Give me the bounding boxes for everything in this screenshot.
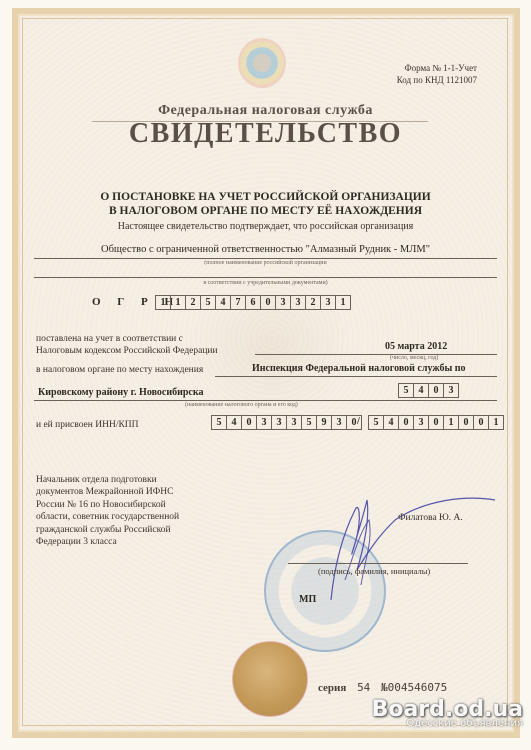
digit-box: 1 (336, 295, 351, 310)
date-line (255, 354, 497, 355)
digit-box: 5 (211, 415, 227, 430)
series-label: серия (318, 682, 346, 694)
digit-box: 3 (291, 295, 306, 310)
digit-box: 0 (429, 383, 444, 398)
signatory-position: Начальник отдела подготовки документов М… (36, 474, 196, 548)
signatory-name: Филатова Ю. А. (398, 512, 463, 524)
organization-name: Общество с ограниченной ответственностью… (0, 244, 531, 255)
digit-box: 0 (474, 415, 489, 430)
digit-box: 2 (306, 295, 321, 310)
digit-box: 3 (272, 415, 287, 430)
digit-box: 4 (227, 415, 242, 430)
ogrn-digits: 1125476033231 (155, 295, 351, 310)
digit-box: 1 (489, 415, 504, 430)
basis-line-1: поставлена на учет в соответствии с (36, 333, 218, 345)
registration-date: 05 марта 2012 (385, 341, 447, 352)
digit-box: 3 (414, 415, 429, 430)
org-name-line (34, 258, 497, 259)
digit-box: 9 (317, 415, 332, 430)
digit-box: 7 (231, 295, 246, 310)
digit-box: 3 (321, 295, 336, 310)
digit-box: 3 (444, 383, 459, 398)
authority-caption: (наименование налогового органа и его ко… (185, 402, 298, 408)
knd-code: Код по КНД 1121007 (397, 74, 477, 86)
series-number: серия 54 №004546075 (318, 681, 447, 694)
authority-line-1: Инспекция Федеральной налоговой службы п… (252, 363, 466, 374)
digit-box: 4 (216, 295, 231, 310)
signature-icon (325, 490, 505, 610)
state-emblem-icon (238, 38, 286, 88)
digit-box: 0 (459, 415, 474, 430)
basis-line-2: Налоговым кодексом Российской Федерации (36, 345, 218, 357)
digit-box: 4 (414, 383, 429, 398)
digit-box: 0 (399, 415, 414, 430)
digit-box: 3 (332, 415, 347, 430)
authority-line-2: Кировскому району г. Новосибирска (38, 387, 203, 398)
digit-box: 5 (398, 383, 414, 398)
digit-box: 5 (201, 295, 216, 310)
inn-digits: 5403335930 (211, 415, 362, 430)
digit-box: 3 (257, 415, 272, 430)
digit-box: 4 (384, 415, 399, 430)
authority-line-1-rule (215, 376, 497, 377)
org-docs-line (34, 277, 497, 278)
location-label: в налоговом органе по месту нахождения (36, 364, 203, 376)
digit-box: 0 (429, 415, 444, 430)
document-subtitle: О ПОСТАНОВКЕ НА УЧЕТ РОССИЙСКОЙ ОРГАНИЗА… (0, 190, 531, 218)
digit-box: 2 (186, 295, 201, 310)
digit-box: 6 (246, 295, 261, 310)
digit-box: 0 (261, 295, 276, 310)
digit-box: 1 (171, 295, 186, 310)
form-number: Форма № 1-1-Учет (397, 62, 477, 74)
document-title: СВИДЕТЕЛЬСТВО (0, 118, 531, 150)
authority-code-digits: 5403 (398, 383, 459, 398)
date-caption: (число, месяц, год) (390, 355, 438, 361)
site-watermark: Board.od.ua Одесские объявления (372, 697, 523, 729)
digit-box: 0 (242, 415, 257, 430)
inn-kpp-label: и ей присвоен ИНН/КПП (36, 419, 139, 431)
subtitle-line-2: В НАЛОГОВОМ ОРГАНЕ ПО МЕСТУ ЕЁ НАХОЖДЕНИ… (0, 204, 531, 218)
confirm-text: Настоящее свидетельство подтверждает, чт… (0, 221, 531, 232)
series-code: 54 (357, 681, 370, 694)
signature-line (288, 563, 468, 564)
stamp-place-label: МП (299, 594, 316, 605)
digit-box: 1 (155, 295, 171, 310)
digit-box: 3 (276, 295, 291, 310)
blank-number: №004546075 (381, 681, 447, 694)
agency-name: Федеральная налоговая служба (0, 103, 531, 119)
digit-box: 1 (444, 415, 459, 430)
org-docs-caption: в соответствии с учредительными документ… (0, 280, 531, 286)
digit-box: 5 (302, 415, 317, 430)
form-info: Форма № 1-1-Учет Код по КНД 1121007 (397, 62, 477, 86)
org-name-caption: (полное наименование российской организа… (0, 260, 531, 266)
kpp-digits: 540301001 (368, 415, 504, 430)
inn-kpp-separator: / (357, 416, 360, 427)
authority-line-2-rule (34, 400, 497, 401)
gold-hologram-seal-icon (232, 641, 308, 717)
registration-basis: поставлена на учет в соответствии с Нало… (36, 333, 218, 357)
digit-box: 5 (368, 415, 384, 430)
signature-caption: (подпись, фамилия, инициалы) (318, 566, 430, 576)
subtitle-line-1: О ПОСТАНОВКЕ НА УЧЕТ РОССИЙСКОЙ ОРГАНИЗА… (0, 190, 531, 204)
digit-box: 3 (287, 415, 302, 430)
